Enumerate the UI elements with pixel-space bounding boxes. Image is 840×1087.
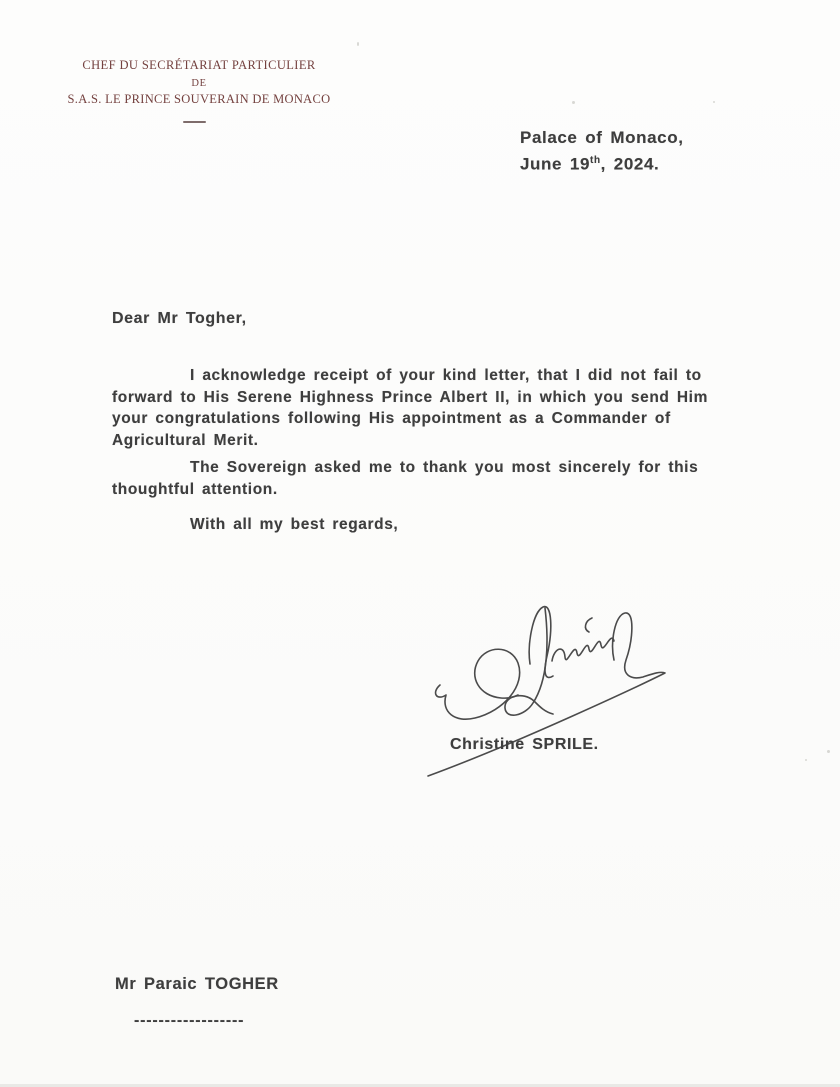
letterhead-divider-rule <box>183 121 206 123</box>
recipient-name: Mr Paraic TOGHER <box>115 975 279 994</box>
signature-stroke <box>552 638 614 661</box>
scan-speck <box>805 759 807 761</box>
signature-image <box>418 588 690 788</box>
scan-speck <box>713 101 715 103</box>
dateline-date: June 19th, 2024. <box>520 149 684 176</box>
letterhead-line1: CHEF DU SECRÉTARIAT PARTICULIER <box>58 58 340 73</box>
paragraph-3: With all my best regards, <box>112 514 772 536</box>
dateline-date-year: , 2024. <box>601 155 660 174</box>
signature-name: Christine SPRILE. <box>450 736 599 754</box>
dateline-date-ordinal: th <box>590 155 601 166</box>
dateline: Palace of Monaco, June 19th, 2024. <box>520 126 684 176</box>
scan-speck <box>827 750 830 753</box>
letterhead: CHEF DU SECRÉTARIAT PARTICULIER DE S.A.S… <box>58 58 340 107</box>
paragraph-2: The Sovereign asked me to thank you most… <box>112 457 772 500</box>
dateline-place: Palace of Monaco, <box>520 126 684 149</box>
signature-stroke <box>585 618 592 632</box>
signature-stroke <box>529 607 553 678</box>
dateline-date-day: June 19 <box>520 155 590 174</box>
signature-stroke <box>436 649 520 719</box>
salutation: Dear Mr Togher, <box>112 310 247 328</box>
separator-dashes: ------------------ <box>134 1012 244 1030</box>
letterhead-line3: S.A.S. LE PRINCE SOUVERAIN DE MONACO <box>58 92 340 107</box>
letter-page: CHEF DU SECRÉTARIAT PARTICULIER DE S.A.S… <box>0 0 840 1087</box>
scan-speck <box>572 101 575 104</box>
paragraph-1: I acknowledge receipt of your kind lette… <box>112 365 772 451</box>
scan-speck <box>357 42 359 46</box>
letterhead-line2: DE <box>58 77 340 90</box>
